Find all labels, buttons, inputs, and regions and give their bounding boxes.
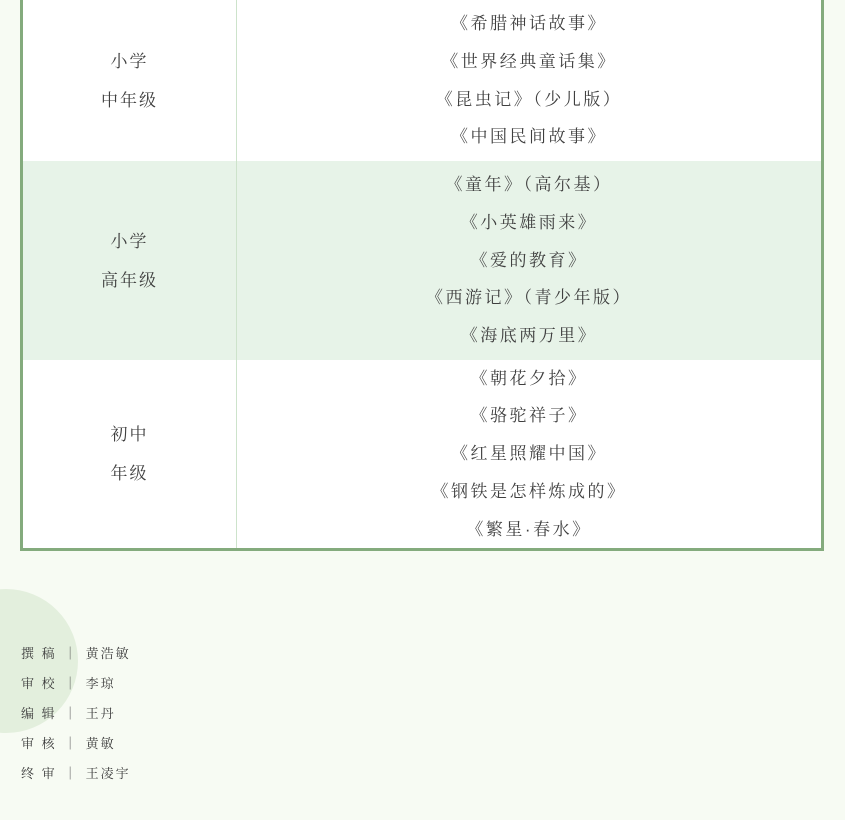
grade-line: 小学: [111, 222, 149, 261]
grade-line: 高年级: [101, 261, 158, 300]
grade-line: 中年级: [101, 81, 158, 120]
credit-separator: ｜: [64, 673, 79, 692]
book-title: 《世界经典童话集》: [441, 43, 617, 81]
credit-separator: ｜: [64, 643, 79, 662]
grade-line: 小学: [111, 42, 149, 81]
book-title: 《海底两万里》: [461, 317, 598, 355]
credit-line: 审 校｜李琼: [21, 667, 131, 697]
credit-role: 终 审: [21, 763, 57, 782]
credit-role: 编 辑: [21, 703, 57, 722]
book-title: 《红星照耀中国》: [451, 435, 607, 473]
book-title: 《中国民间故事》: [451, 118, 607, 156]
grade-cell: 小学中年级: [23, 0, 237, 161]
grade-cell: 初中年级: [23, 360, 237, 548]
credit-line: 终 审｜王凌宇: [21, 757, 131, 787]
books-cell: 《童年》（高尔基）《小英雄雨来》《爱的教育》《西游记》（青少年版）《海底两万里》: [237, 161, 821, 360]
credits-block: 撰 稿｜黄浩敏审 校｜李琼编 辑｜王丹审 核｜黄敏终 审｜王凌宇: [21, 637, 131, 787]
reading-list-table: 小学中年级《希腊神话故事》《世界经典童话集》《昆虫记》（少儿版）《中国民间故事》…: [20, 0, 824, 551]
table-row: 初中年级《朝花夕拾》《骆驼祥子》《红星照耀中国》《钢铁是怎样炼成的》《繁星·春水…: [23, 360, 821, 548]
credit-role: 审 校: [21, 673, 57, 692]
book-title: 《朝花夕拾》: [471, 360, 588, 398]
credit-line: 撰 稿｜黄浩敏: [21, 637, 131, 667]
credit-role: 撰 稿: [21, 643, 57, 662]
credit-line: 编 辑｜王丹: [21, 697, 131, 727]
grade-line: 初中: [111, 415, 149, 454]
credit-separator: ｜: [64, 703, 79, 722]
book-title: 《希腊神话故事》: [451, 5, 607, 43]
book-title: 《爱的教育》: [471, 242, 588, 280]
book-title: 《繁星·春水》: [466, 511, 591, 549]
table-row: 小学中年级《希腊神话故事》《世界经典童话集》《昆虫记》（少儿版）《中国民间故事》: [23, 0, 821, 161]
grade-line: 年级: [111, 454, 149, 493]
books-cell: 《朝花夕拾》《骆驼祥子》《红星照耀中国》《钢铁是怎样炼成的》《繁星·春水》: [237, 360, 821, 548]
credit-name: 王凌宇: [86, 763, 131, 782]
credit-line: 审 核｜黄敏: [21, 727, 131, 757]
book-title: 《昆虫记》（少儿版）: [436, 81, 623, 119]
credit-name: 李琼: [86, 673, 116, 692]
books-cell: 《希腊神话故事》《世界经典童话集》《昆虫记》（少儿版）《中国民间故事》: [237, 0, 821, 161]
book-title: 《西游记》（青少年版）: [426, 279, 632, 317]
grade-cell: 小学高年级: [23, 161, 237, 360]
credit-name: 黄敏: [86, 733, 116, 752]
credit-name: 黄浩敏: [86, 643, 131, 662]
book-title: 《童年》（高尔基）: [446, 166, 613, 204]
book-title: 《骆驼祥子》: [471, 397, 588, 435]
credit-separator: ｜: [64, 763, 79, 782]
credit-name: 王丹: [86, 703, 116, 722]
table-row: 小学高年级《童年》（高尔基）《小英雄雨来》《爱的教育》《西游记》（青少年版）《海…: [23, 161, 821, 360]
book-title: 《小英雄雨来》: [461, 204, 598, 242]
credit-separator: ｜: [64, 733, 79, 752]
credit-role: 审 核: [21, 733, 57, 752]
book-title: 《钢铁是怎样炼成的》: [432, 473, 627, 511]
